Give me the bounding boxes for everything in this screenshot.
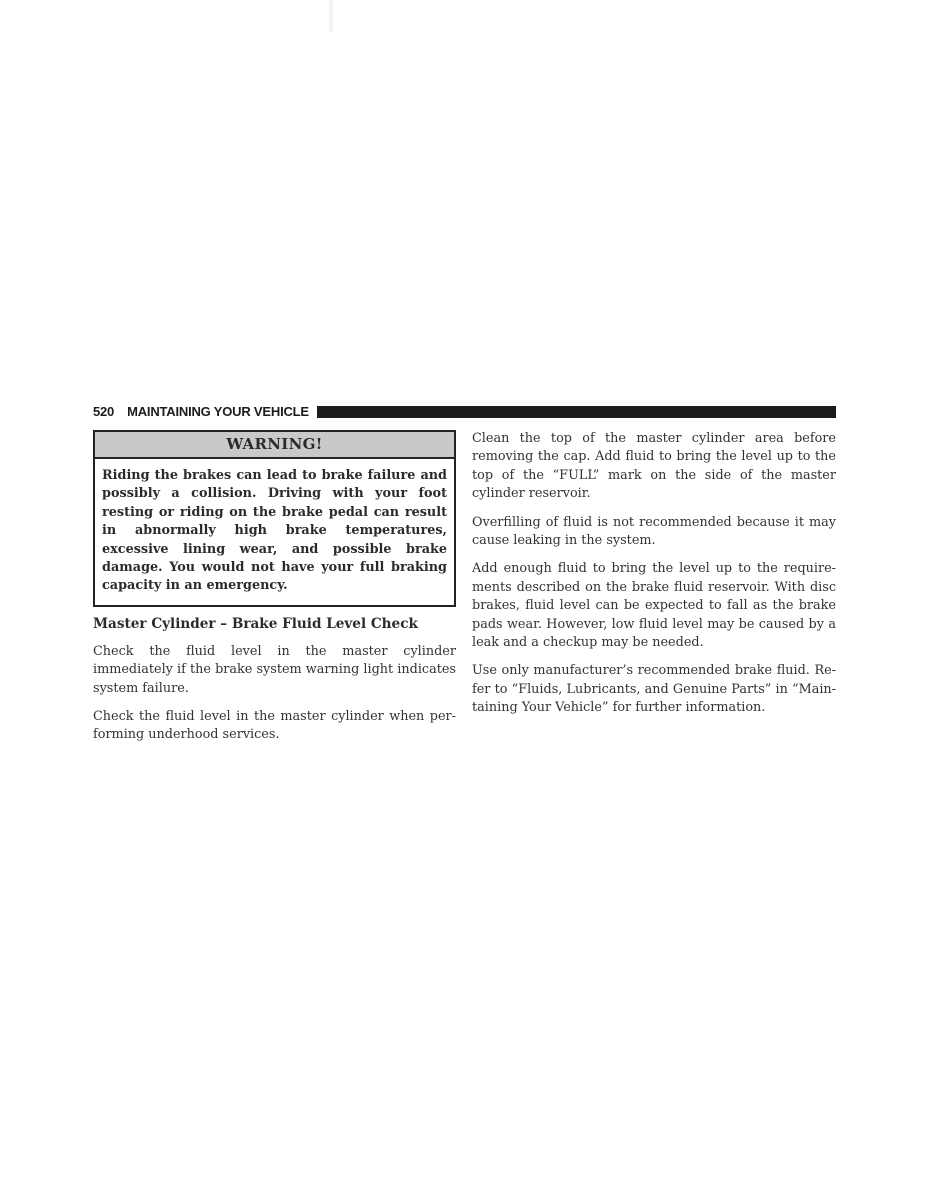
section-heading: Master Cylinder – Brake Fluid Level Chec… — [93, 616, 456, 633]
running-header: 520 MAINTAINING YOUR VEHICLE — [93, 404, 836, 419]
right-column: Clean the top of the master cylinder are… — [472, 430, 836, 755]
warning-box: WARNING! Riding the brakes can lead to b… — [93, 430, 456, 607]
page-content: 520 MAINTAINING YOUR VEHICLE WARNING! Ri… — [93, 404, 836, 755]
page-number: 520 — [93, 404, 114, 419]
paragraph: Add enough fluid to bring the level up t… — [472, 560, 836, 652]
manual-page: 520 MAINTAINING YOUR VEHICLE WARNING! Ri… — [0, 0, 927, 1200]
paragraph: Check the fluid level in the master cyli… — [93, 708, 456, 745]
paragraph: Clean the top of the master cylinder are… — [472, 430, 836, 504]
chapter-title: MAINTAINING YOUR VEHICLE — [127, 404, 309, 419]
scan-artifact-line — [329, 0, 333, 32]
header-rule-bar — [317, 406, 836, 418]
paragraph: Use only manufacturer’s recommended brak… — [472, 662, 836, 717]
two-column-layout: WARNING! Riding the brakes can lead to b… — [93, 430, 836, 755]
paragraph: Overfilling of fluid is not recommended … — [472, 514, 836, 551]
warning-box-body: Riding the brakes can lead to brake fail… — [95, 459, 454, 605]
paragraph: Check the fluid level in the master cyli… — [93, 643, 456, 698]
warning-box-title: WARNING! — [95, 432, 454, 459]
left-column: WARNING! Riding the brakes can lead to b… — [93, 430, 456, 755]
column-gap — [456, 430, 472, 755]
